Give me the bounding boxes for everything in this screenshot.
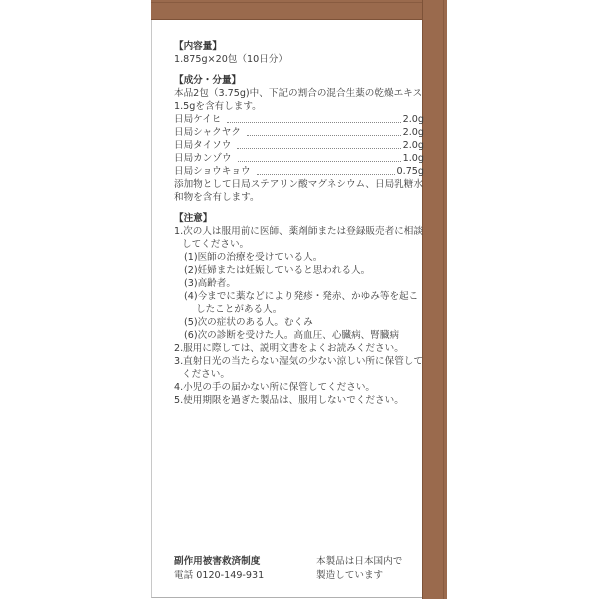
ingredient-name: 日局ショウキョウ bbox=[174, 165, 251, 178]
label-panel: 【内容量】 1.875g×20包（10日分） 【成分・分量】 本品2包（3.75… bbox=[151, 20, 422, 598]
label-content: 【内容量】 1.875g×20包（10日分） 【成分・分量】 本品2包（3.75… bbox=[174, 40, 424, 415]
caution-subitem: (2)妊婦または妊娠していると思われる人。 bbox=[174, 264, 424, 277]
leader-dots bbox=[257, 174, 395, 175]
caution-subitem: (5)次の症状のある人。むくみ bbox=[174, 316, 424, 329]
caution-item-2: 2.服用に際しては、説明文書をよくお読みください。 bbox=[174, 342, 424, 355]
caution-item-1: 1.次の人は服用前に医師、薬剤師または登録販売者に相談してください。 bbox=[174, 225, 424, 251]
content-value: 1.875g×20包（10日分） bbox=[174, 53, 424, 66]
made-in-line-1: 本製品は日本国内で bbox=[316, 555, 402, 569]
ingredient-amount: 2.0g bbox=[403, 139, 424, 152]
ingredient-name: 日局ケイヒ bbox=[174, 113, 221, 126]
made-in-japan-block: 本製品は日本国内で 製造しています bbox=[316, 555, 402, 583]
ingredient-amount: 0.75g bbox=[397, 165, 424, 178]
content-section: 【内容量】 1.875g×20包（10日分） bbox=[174, 40, 424, 66]
caution-subitem: (6)次の診断を受けた人。高血圧、心臓病、腎臓病 bbox=[174, 329, 424, 342]
content-heading: 【内容量】 bbox=[174, 40, 424, 53]
caution-section: 【注意】 1.次の人は服用前に医師、薬剤師または登録販売者に相談してください。 … bbox=[174, 212, 424, 407]
ingredient-amount: 1.0g bbox=[403, 152, 424, 165]
brown-top-band bbox=[151, 0, 447, 20]
leader-dots bbox=[227, 122, 400, 123]
ingredient-amount: 2.0g bbox=[403, 126, 424, 139]
caution-subitem: (3)高齢者。 bbox=[174, 277, 424, 290]
caution-subitem: (1)医師の治療を受けている人。 bbox=[174, 251, 424, 264]
ingredient-row: 日局カンゾウ 1.0g bbox=[174, 152, 424, 165]
ingredient-name: 日局カンゾウ bbox=[174, 152, 232, 165]
ingredient-row: 日局タイソウ 2.0g bbox=[174, 139, 424, 152]
caution-subitem: (4)今までに薬などにより発疹・発赤、かゆみ等を起こしたことがある人。 bbox=[174, 290, 424, 316]
ingredient-row: 日局ケイヒ 2.0g bbox=[174, 113, 424, 126]
ingredients-heading: 【成分・分量】 bbox=[174, 74, 424, 87]
made-in-line-2: 製造しています bbox=[316, 569, 402, 583]
caution-item-4: 4.小児の手の届かない所に保管してください。 bbox=[174, 381, 424, 394]
leader-dots bbox=[247, 135, 401, 136]
package-side-panel: 【内容量】 1.875g×20包（10日分） 【成分・分量】 本品2包（3.75… bbox=[151, 0, 447, 599]
leader-dots bbox=[238, 161, 401, 162]
ingredient-row: 日局ショウキョウ 0.75g bbox=[174, 165, 424, 178]
leader-dots bbox=[237, 148, 400, 149]
ingredient-name: 日局タイソウ bbox=[174, 139, 231, 152]
ingredient-name: 日局シャクヤク bbox=[174, 126, 241, 139]
caution-heading: 【注意】 bbox=[174, 212, 424, 225]
ingredients-additives: 添加物として日局ステアリン酸マグネシウム、日局乳糖水和物を含有します。 bbox=[174, 178, 424, 204]
ingredients-intro: 本品2包（3.75g)中、下記の割合の混合生薬の乾燥エキス1.5gを含有します。 bbox=[174, 87, 424, 113]
relief-system-block: 副作用被害救済制度 電話 0120-149-931 bbox=[174, 555, 316, 583]
label-footer: 副作用被害救済制度 電話 0120-149-931 本製品は日本国内で 製造して… bbox=[174, 555, 424, 583]
ingredients-section: 【成分・分量】 本品2包（3.75g)中、下記の割合の混合生薬の乾燥エキス1.5… bbox=[174, 74, 424, 204]
ingredient-amount: 2.0g bbox=[403, 113, 424, 126]
relief-system-title: 副作用被害救済制度 bbox=[174, 555, 316, 569]
caution-item-5: 5.使用期限を過ぎた製品は、服用しないでください。 bbox=[174, 394, 424, 407]
relief-system-phone: 電話 0120-149-931 bbox=[174, 569, 316, 583]
caution-item-3: 3.直射日光の当たらない湿気の少ない涼しい所に保管してください。 bbox=[174, 355, 424, 381]
brown-right-band bbox=[422, 0, 447, 599]
ingredient-row: 日局シャクヤク 2.0g bbox=[174, 126, 424, 139]
